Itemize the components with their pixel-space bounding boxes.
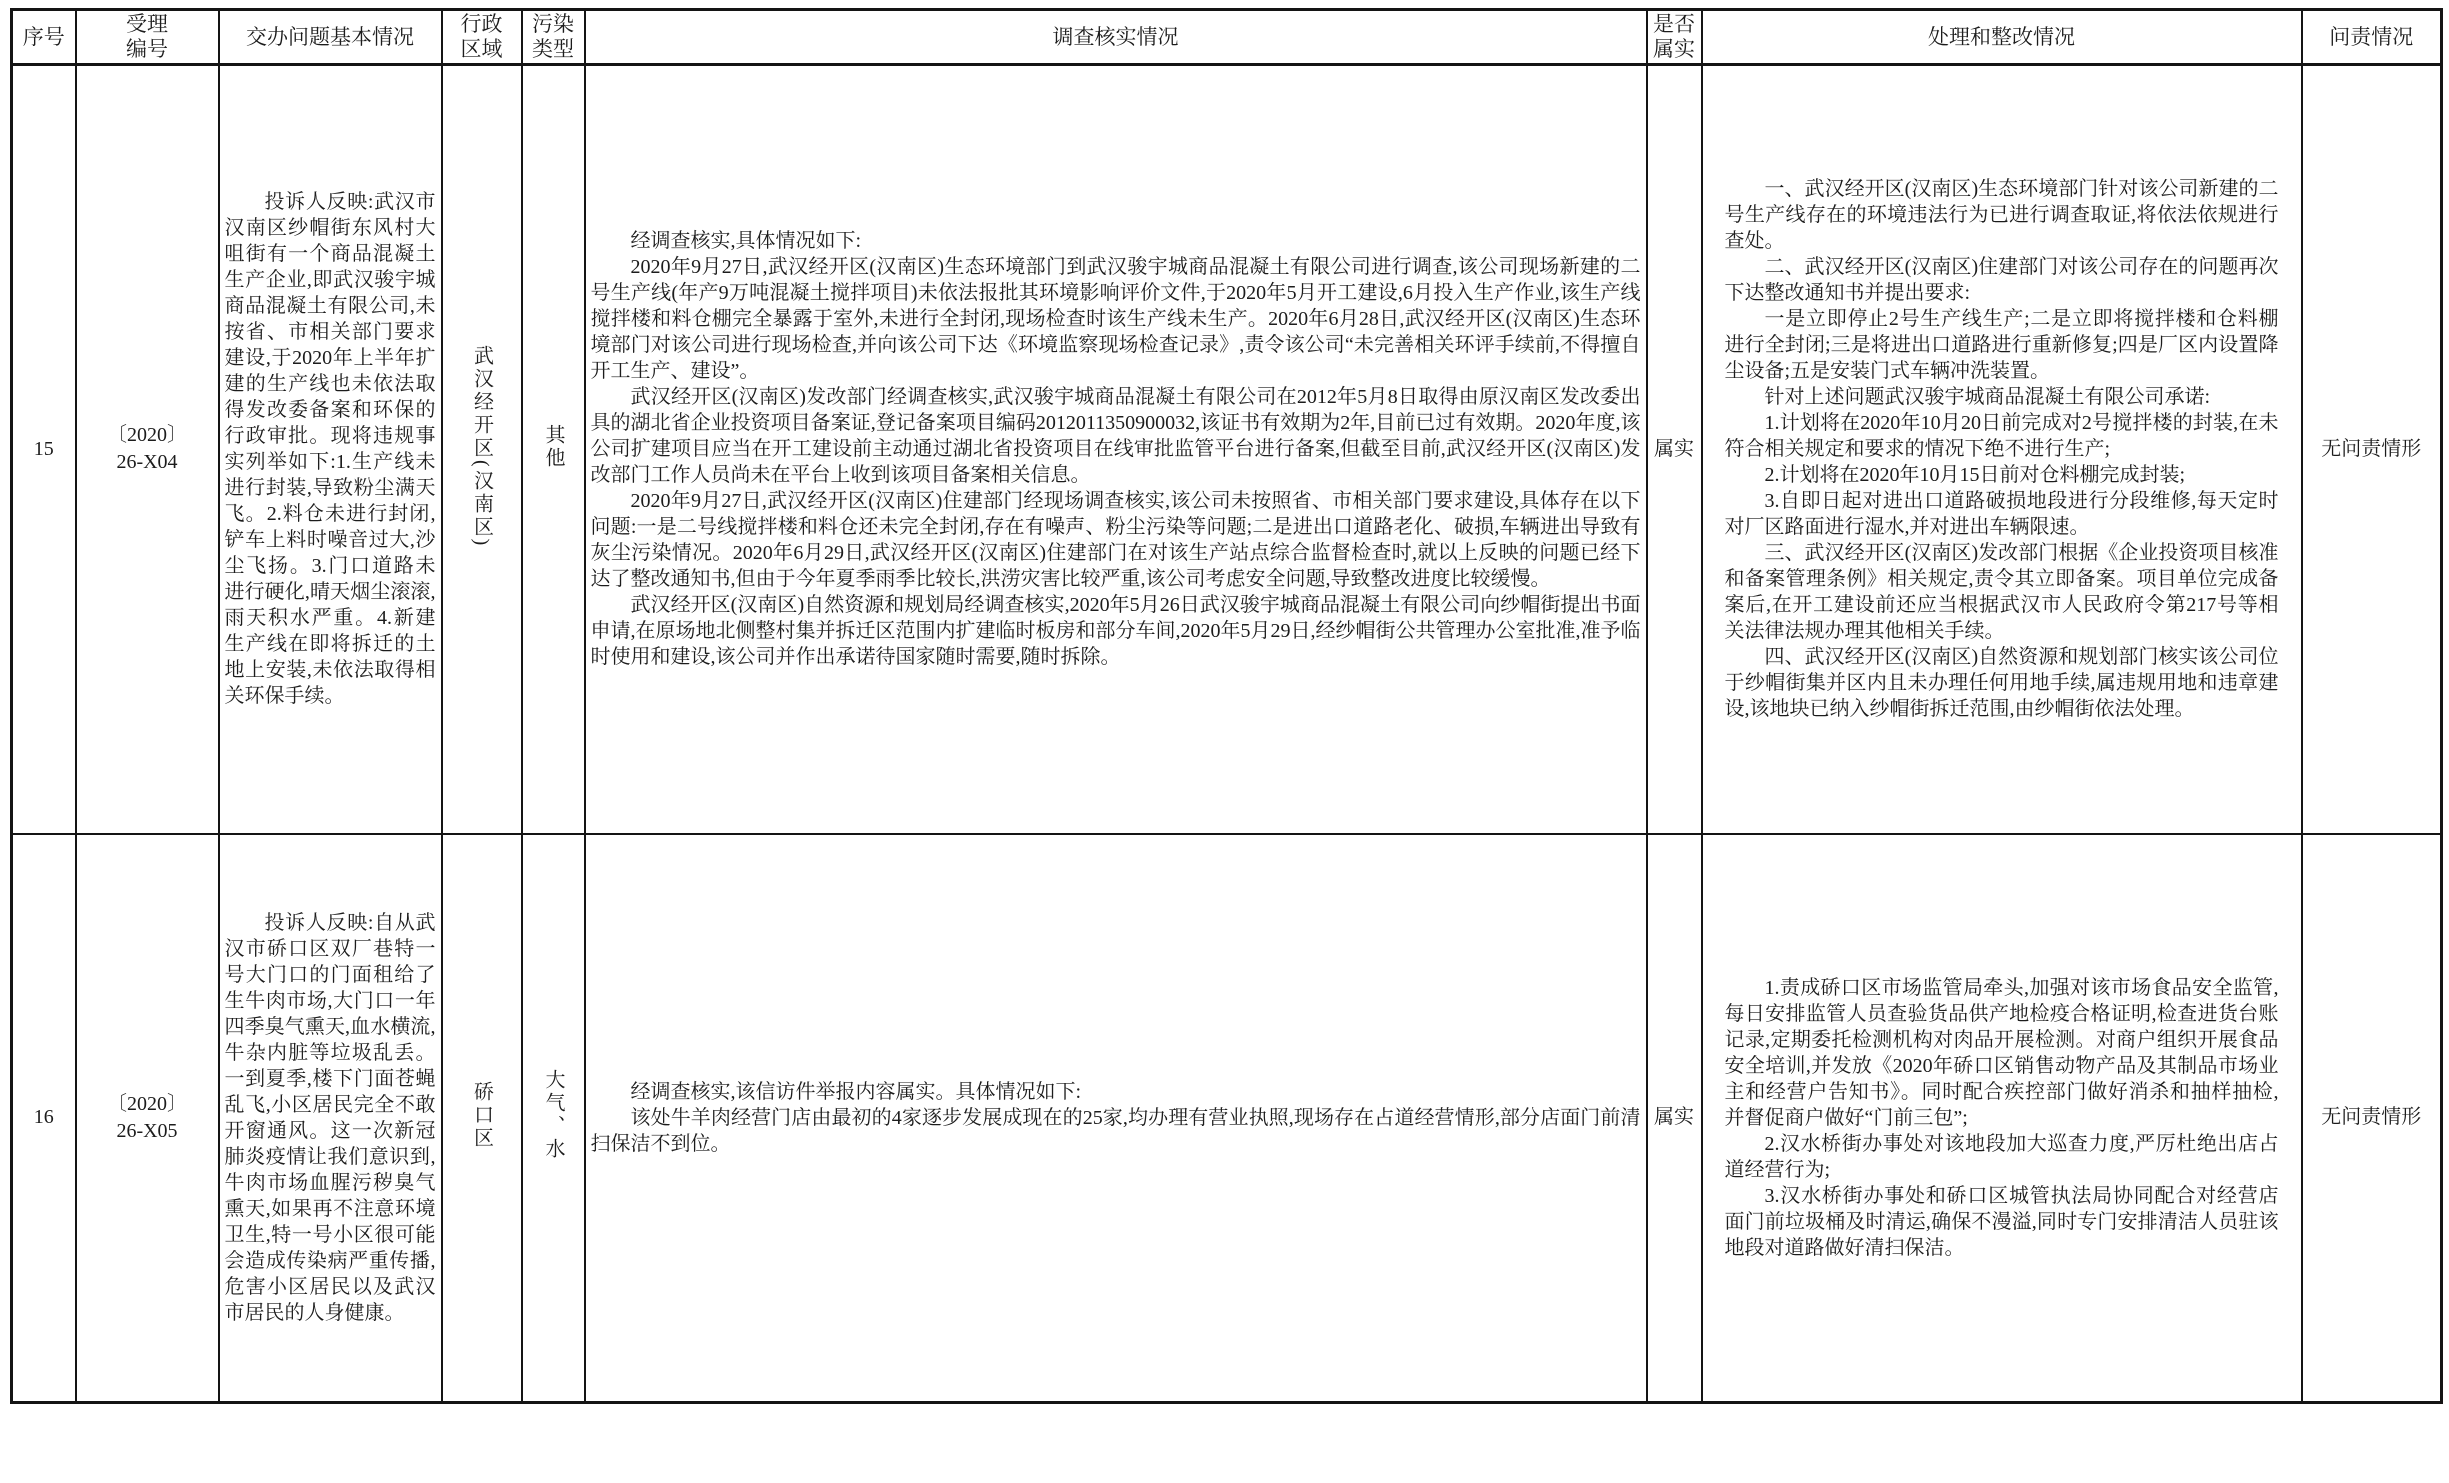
paragraph: 3.自即日起对进出口道路破损地段进行分段维修,每天定时对厂区路面进行湿水,并对进…	[1725, 488, 2279, 540]
paragraph: 3.汉水桥街办事处和硚口区城管执法局协同配合对经营店面门前垃圾桶及时清运,确保不…	[1725, 1183, 2279, 1261]
header-row: 序号 受理 编号 交办问题基本情况 行政 区域 污染 类型 调查核实情况 是否 …	[12, 10, 2442, 65]
handling-cell: 一、武汉经开区(汉南区)生态环境部门针对该公司新建的二号生产线存在的环境违法行为…	[1702, 65, 2302, 834]
paragraph: 1.责成硚口区市场监管局牵头,加强对该市场食品安全监管,每日安排监管人员查验货品…	[1725, 975, 2279, 1131]
case-row-15: 15 〔2020〕 26-X04 投诉人反映:武汉市汉南区纱帽街东风村大咀街有一…	[12, 65, 2442, 834]
case-row-16: 16 〔2020〕 26-X05 投诉人反映:自从武汉市硚口区双厂巷特一号大门口…	[12, 834, 2442, 1403]
paragraph: 武汉经开区(汉南区)自然资源和规划局经调查核实,2020年5月26日武汉骏宇城商…	[591, 592, 1641, 670]
paragraph: 一、武汉经开区(汉南区)生态环境部门针对该公司新建的二号生产线存在的环境违法行为…	[1725, 176, 2279, 254]
verified-cell: 属实	[1647, 834, 1702, 1403]
header-handling: 处理和整改情况	[1702, 10, 2302, 65]
paragraph: 2.汉水桥街办事处对该地段加大巡查力度,严厉杜绝出店占道经营行为;	[1725, 1131, 2279, 1183]
paragraph: 2.计划将在2020年10月15日前对仓料棚完成封装;	[1725, 462, 2279, 488]
region-cell: 硚口区	[442, 834, 522, 1403]
header-verified: 是否 属实	[1647, 10, 1702, 65]
paragraph: 一是立即停止2号生产线生产;二是立即将搅拌楼和仓料棚进行全封闭;三是将进出口道路…	[1725, 306, 2279, 384]
problem-text: 投诉人反映:武汉市汉南区纱帽街东风村大咀街有一个商品混凝土生产企业,即武汉骏宇城…	[225, 189, 436, 709]
case-number-cell: 〔2020〕 26-X05	[76, 834, 219, 1403]
header-region: 行政 区域	[442, 10, 522, 65]
paragraph: 2020年9月27日,武汉经开区(汉南区)住建部门经现场调查核实,该公司未按照省…	[591, 488, 1641, 592]
table-body: 15 〔2020〕 26-X04 投诉人反映:武汉市汉南区纱帽街东风村大咀街有一…	[12, 65, 2442, 1403]
verified-cell: 属实	[1647, 65, 1702, 834]
header-investigation: 调查核实情况	[585, 10, 1647, 65]
paragraph: 2020年9月27日,武汉经开区(汉南区)生态环境部门到武汉骏宇城商品混凝土有限…	[591, 254, 1641, 384]
paragraph: 武汉经开区(汉南区)发改部门经调查核实,武汉骏宇城商品混凝土有限公司在2012年…	[591, 384, 1641, 488]
header-problem: 交办问题基本情况	[219, 10, 442, 65]
problem-cell: 投诉人反映:自从武汉市硚口区双厂巷特一号大门口的门面租给了生牛肉市场,大门口一年…	[219, 834, 442, 1403]
accountability-cell: 无问责情形	[2302, 65, 2442, 834]
pollution-type-text: 大气、水	[543, 1069, 563, 1161]
case-table: 序号 受理 编号 交办问题基本情况 行政 区域 污染 类型 调查核实情况 是否 …	[10, 8, 2443, 1404]
paragraph: 1.计划将在2020年10月20日前完成对2号搅拌楼的封装,在未符合相关规定和要…	[1725, 410, 2279, 462]
pollution-type-cell: 其他	[522, 65, 585, 834]
region-text: 硚口区	[472, 1081, 492, 1150]
investigation-cell: 经调查核实,该信访件举报内容属实。具体情况如下:该处牛羊肉经营门店由最初的4家逐…	[585, 834, 1647, 1403]
header-serial: 序号	[12, 10, 76, 65]
paragraph: 经调查核实,该信访件举报内容属实。具体情况如下:	[591, 1079, 1641, 1105]
paragraph: 该处牛羊肉经营门店由最初的4家逐步发展成现在的25家,均办理有营业执照,现场存在…	[591, 1105, 1641, 1157]
table-header: 序号 受理 编号 交办问题基本情况 行政 区域 污染 类型 调查核实情况 是否 …	[12, 10, 2442, 65]
paragraph: 二、武汉经开区(汉南区)住建部门对该公司存在的问题再次下达整改通知书并提出要求:	[1725, 254, 2279, 306]
problem-text: 投诉人反映:自从武汉市硚口区双厂巷特一号大门口的门面租给了生牛肉市场,大门口一年…	[225, 910, 436, 1326]
case-number-cell: 〔2020〕 26-X04	[76, 65, 219, 834]
paragraph: 经调查核实,具体情况如下:	[591, 228, 1641, 254]
paragraph: 针对上述问题武汉骏宇城商品混凝土有限公司承诺:	[1725, 384, 2279, 410]
header-case-number: 受理 编号	[76, 10, 219, 65]
pollution-type-cell: 大气、水	[522, 834, 585, 1403]
paragraph: 四、武汉经开区(汉南区)自然资源和规划部门核实该公司位于纱帽街集并区内且未办理任…	[1725, 644, 2279, 722]
handling-cell: 1.责成硚口区市场监管局牵头,加强对该市场食品安全监管,每日安排监管人员查验货品…	[1702, 834, 2302, 1403]
accountability-cell: 无问责情形	[2302, 834, 2442, 1403]
header-accountability: 问责情况	[2302, 10, 2442, 65]
paragraph: 三、武汉经开区(汉南区)发改部门根据《企业投资项目核准和备案管理条例》相关规定,…	[1725, 540, 2279, 644]
pollution-type-text: 其他	[543, 424, 563, 470]
serial-cell: 16	[12, 834, 76, 1403]
document-page: 序号 受理 编号 交办问题基本情况 行政 区域 污染 类型 调查核实情况 是否 …	[0, 0, 2449, 1483]
investigation-cell: 经调查核实,具体情况如下:2020年9月27日,武汉经开区(汉南区)生态环境部门…	[585, 65, 1647, 834]
header-pollution-type: 污染 类型	[522, 10, 585, 65]
problem-cell: 投诉人反映:武汉市汉南区纱帽街东风村大咀街有一个商品混凝土生产企业,即武汉骏宇城…	[219, 65, 442, 834]
region-cell: 武汉经开区(汉南区)	[442, 65, 522, 834]
serial-cell: 15	[12, 65, 76, 834]
region-text: 武汉经开区(汉南区)	[472, 345, 492, 548]
